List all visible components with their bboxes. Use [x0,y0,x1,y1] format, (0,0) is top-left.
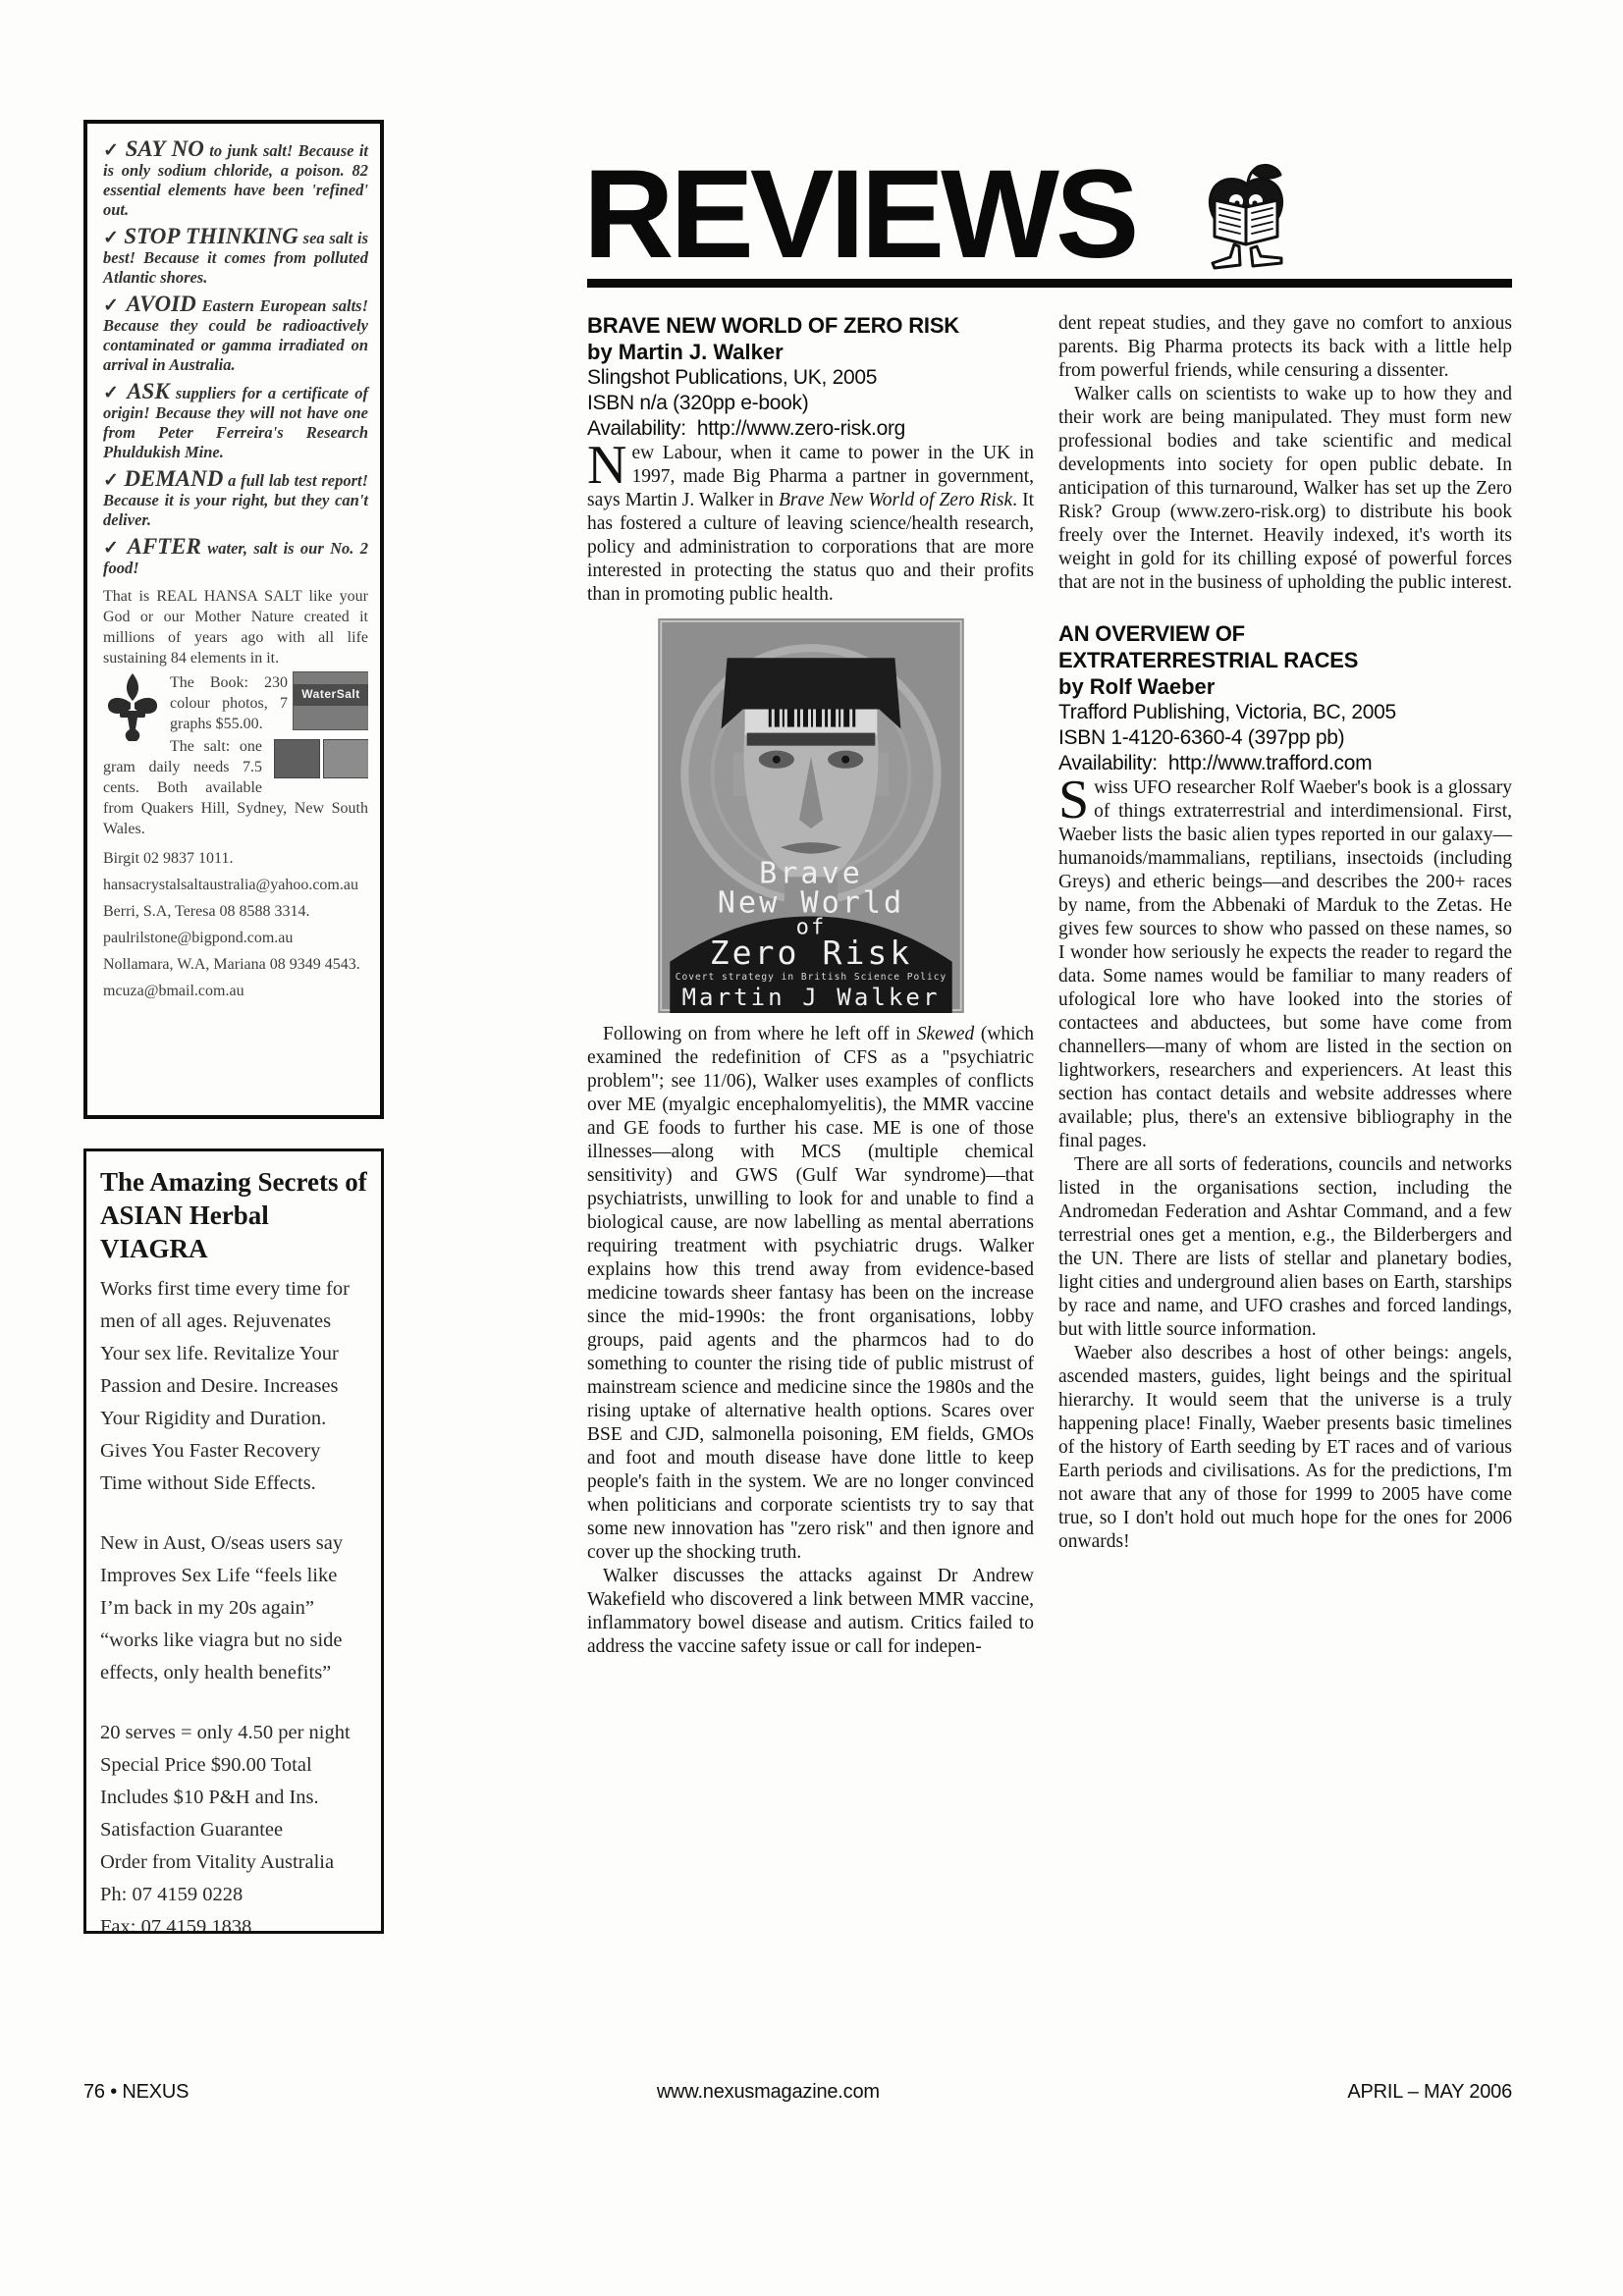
viagra-ad-paragraph-2: New in Aust, O/seas users say Improves S… [100,1527,367,1689]
review2-title-line2: EXTRATERRESTRIAL RACES [1058,648,1358,672]
checkmark-icon: ✓ [103,470,120,491]
review1-paragraph-2: Following on from where he left off in S… [587,1023,1034,1565]
water-salt-book-thumbnail: WaterSalt [294,672,368,729]
review1-paragraph-4: dent repeat studies, and they gave no co… [1058,312,1512,383]
title-underline-rule [587,279,1512,288]
salt-contact-line: mcuza@bmail.com.au [103,982,368,1000]
review1-publisher: Slingshot Publications, UK, 2005 [587,365,1034,391]
book-cover-image: Brave New World of Zero Risk Covert stra… [658,618,964,1013]
review2-p1-text: wiss UFO researcher Rolf Waeber's book i… [1058,777,1512,1151]
page-title: REVIEWS [583,155,1135,275]
review2-title-line1: AN OVERVIEW OF [1058,621,1245,646]
review2-publisher: Trafford Publishing, Victoria, BC, 2005 [1058,700,1512,725]
review1-paragraph-1: New Labour, when it came to power in the… [587,442,1034,607]
review1-p2-text: Following on from where he left off in [603,1024,917,1044]
fleur-de-lis-salt-logo-icon [103,672,162,748]
viagra-ad-paragraph-1: Works first time every time for men of a… [100,1273,367,1500]
footer-page-number: 76 • NEXUS [83,2081,189,2104]
checkmark-icon: ✓ [103,228,120,248]
salt-ad-lead: SAY NO [126,136,204,161]
review1-title: BRAVE NEW WORLD OF ZERO RISK [587,312,1034,339]
salt-ad-item: ✓ AVOID Eastern European salts! Because … [103,294,368,375]
footer-issue-date: APRIL – MAY 2006 [1347,2081,1512,2104]
review1-paragraph-5: Walker calls on scientists to wake up to… [1058,383,1512,595]
review1-byline: by Martin J. Walker [587,339,1034,365]
salt-contact-line: hansacrystalsaltaustralia@yahoo.com.au [103,876,368,894]
cover-author: Martin J Walker [681,984,940,1011]
viagra-ad-paragraph-3: 20 serves = only 4.50 per night Special … [100,1717,367,1934]
viagra-ad-box: The Amazing Secrets ofASIAN Herbal VIAGR… [83,1148,384,1934]
cover-subtitle: Covert strategy in British Science Polic… [675,972,946,983]
salt-contact-line: Berri, S.A, Teresa 08 8588 3314. [103,902,368,921]
salt-photo-thumbnail [275,740,319,777]
salt-media-row: WaterSalt The Book: 230 colour photos, 7… [103,670,368,841]
review1-heading: BRAVE NEW WORLD OF ZERO RISK by Martin J… [587,312,1034,442]
salt-product-info: The salt: one gram daily needs 7.5 cents… [103,736,368,839]
fleur-de-lis-icon [103,672,162,743]
checkmark-icon: ✓ [103,295,121,316]
review2-availability: Availability: http://www.trafford.com [1058,751,1512,776]
review2-paragraph-2: There are all sorts of federations, coun… [1058,1153,1512,1342]
salt-contact-line: Birgit 02 9837 1011. [103,849,368,868]
salt-contact-line: Nollamara, W.A, Mariana 08 9349 4543. [103,955,368,974]
middle-column: BRAVE NEW WORLD OF ZERO RISK by Martin J… [587,312,1034,1659]
salt-ad-item: ✓ DEMAND a full lab test report! Because… [103,469,368,530]
salt-ad-item: ✓ STOP THINKING sea salt is best! Becaus… [103,227,368,288]
review2-heading: AN OVERVIEW OFEXTRATERRESTRIAL RACES by … [1058,620,1512,776]
review1-isbn: ISBN n/a (320pp e-book) [587,391,1034,416]
page-footer: 76 • NEXUS www.nexusmagazine.com APRIL –… [83,2081,1512,2104]
review2-byline: by Rolf Waeber [1058,673,1512,700]
salt-ad-lead: DEMAND [124,466,223,491]
cover-title-line4: Zero Risk [709,934,912,972]
salt-ad-item: ✓ SAY NO to junk salt! Because it is onl… [103,139,368,220]
review1-p2-book-title: Skewed [917,1024,974,1044]
salt-photo-thumbnail [324,740,368,777]
salt-ad-item: ✓ ASK suppliers for a certificate of ori… [103,382,368,462]
viagra-ad-title-line1: The Amazing Secrets of [100,1167,367,1197]
review2-isbn: ISBN 1-4120-6360-4 (397pp pb) [1058,725,1512,751]
review1-paragraph-3: Walker discusses the attacks against Dr … [587,1565,1034,1659]
salt-ad-lead: ASK [127,379,169,403]
footer-website: www.nexusmagazine.com [657,2081,880,2104]
review1-p2-text: (which examined the redefinition of CFS … [587,1024,1034,1563]
salt-ad-item: ✓ AFTER water, salt is our No. 2 food! [103,537,368,578]
dropcap-letter: S [1058,776,1094,821]
review2-paragraph-3: Waeber also describes a host of other be… [1058,1342,1512,1554]
review1-p1-book-title: Brave New World of Zero Risk [779,490,1012,510]
viagra-ad-title: The Amazing Secrets ofASIAN Herbal VIAGR… [100,1165,367,1265]
right-column: dent repeat studies, and they gave no co… [1058,312,1512,1554]
salt-ad-lead: STOP THINKING [124,224,298,248]
viagra-ad-title-line2: ASIAN Herbal VIAGRA [100,1201,269,1263]
salt-mini-photos [270,740,368,783]
apple-reading-book-icon [1200,163,1292,277]
review2-title: AN OVERVIEW OFEXTRATERRESTRIAL RACES [1058,620,1512,673]
checkmark-icon: ✓ [103,140,120,161]
review1-availability: Availability: http://www.zero-risk.org [587,416,1034,442]
checkmark-icon: ✓ [103,383,121,403]
review2-paragraph-1: Swiss UFO researcher Rolf Waeber's book … [1058,776,1512,1153]
checkmark-icon: ✓ [103,538,121,559]
magazine-page: ✓ SAY NO to junk salt! Because it is onl… [0,0,1623,2296]
salt-contact-line: paulrilstone@bigpond.com.au [103,929,368,947]
salt-ad-box: ✓ SAY NO to junk salt! Because it is onl… [83,120,384,1119]
hansa-salt-paragraph: That is REAL HANSA SALT like your God or… [103,586,368,668]
dropcap-letter: N [587,442,631,486]
salt-ad-lead: AVOID [127,292,196,316]
water-salt-label: WaterSalt [294,687,368,701]
salt-ad-lead: AFTER [127,534,200,559]
